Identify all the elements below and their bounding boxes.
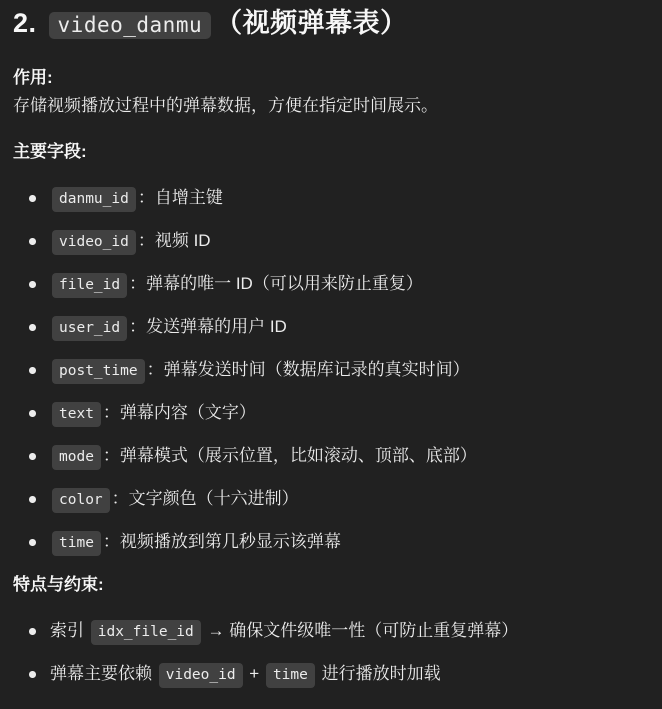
text-segment: 2. — [13, 8, 45, 38]
inline-code-chip: video_danmu — [49, 12, 212, 39]
list-item: time：视频播放到第几秒显示该弹幕 — [50, 528, 648, 556]
inline-code-chip: time — [266, 663, 315, 688]
list-item: post_time：弹幕发送时间（数据库记录的真实时间） — [50, 356, 648, 384]
purpose-text: 存储视频播放过程中的弹幕数据，方便在指定时间展示。 — [13, 92, 648, 120]
fields-label: 主要字段: — [13, 138, 648, 166]
list-item: mode：弹幕模式（展示位置，比如滚动、顶部、底部） — [50, 442, 648, 470]
list-item: 弹幕主要依赖 video_id + time 进行播放时加载 — [50, 660, 648, 688]
text-segment: ：弹幕发送时间（数据库记录的真实时间） — [147, 360, 470, 379]
text-segment: （视频弹幕表） — [215, 8, 408, 38]
inline-code-chip: user_id — [52, 316, 127, 341]
text-segment: 弹幕主要依赖 — [50, 664, 157, 683]
list-item: video_id：视频 ID — [50, 227, 648, 255]
text-segment: 进行播放时加载 — [317, 664, 441, 683]
list-item: danmu_id：自增主键 — [50, 184, 648, 212]
inline-code-chip: danmu_id — [52, 187, 136, 212]
list-item: user_id：发送弹幕的用户 ID — [50, 313, 648, 341]
table-heading: 2. video_danmu（视频弹幕表） — [13, 4, 648, 42]
text-segment: ：发送弹幕的用户 ID — [129, 317, 287, 336]
list-item: color：文字颜色（十六进制） — [50, 485, 648, 513]
text-segment: ：弹幕内容（文字） — [103, 403, 256, 422]
inline-code-chip: color — [52, 488, 110, 513]
inline-code-chip: text — [52, 402, 101, 427]
fields-list: danmu_id：自增主键video_id：视频 IDfile_id：弹幕的唯一… — [13, 184, 648, 556]
inline-code-chip: video_id — [52, 230, 136, 255]
inline-code-chip: video_id — [159, 663, 243, 688]
inline-code-chip: mode — [52, 445, 101, 470]
text-segment: ：文字颜色（十六进制） — [112, 489, 299, 508]
list-item: 索引 idx_file_id → 确保文件级唯一性（可防止重复弹幕） — [50, 617, 648, 645]
text-segment: ：自增主键 — [138, 188, 223, 207]
text-segment: 索引 — [50, 621, 89, 640]
purpose-section: 作用: 存储视频播放过程中的弹幕数据，方便在指定时间展示。 — [13, 64, 648, 120]
inline-code-chip: time — [52, 531, 101, 556]
text-segment: ：视频播放到第几秒显示该弹幕 — [103, 532, 341, 551]
inline-code-chip: idx_file_id — [91, 620, 201, 645]
list-item: file_id：弹幕的唯一 ID（可以用来防止重复） — [50, 270, 648, 298]
constraints-list: 索引 idx_file_id → 确保文件级唯一性（可防止重复弹幕）弹幕主要依赖… — [13, 617, 648, 688]
text-segment: + — [245, 664, 264, 683]
text-segment: ：视频 ID — [138, 231, 211, 250]
list-item: text：弹幕内容（文字） — [50, 399, 648, 427]
purpose-label: 作用: — [13, 64, 648, 92]
inline-code-chip: post_time — [52, 359, 145, 384]
inline-code-chip: file_id — [52, 273, 127, 298]
text-segment: ：弹幕的唯一 ID（可以用来防止重复） — [129, 274, 423, 293]
markdown-document: 2. video_danmu（视频弹幕表） 作用: 存储视频播放过程中的弹幕数据… — [0, 0, 662, 709]
constraints-label: 特点与约束: — [13, 571, 648, 599]
text-segment: ：弹幕模式（展示位置，比如滚动、顶部、底部） — [103, 446, 477, 465]
text-segment: → 确保文件级唯一性（可防止重复弹幕） — [203, 621, 518, 640]
